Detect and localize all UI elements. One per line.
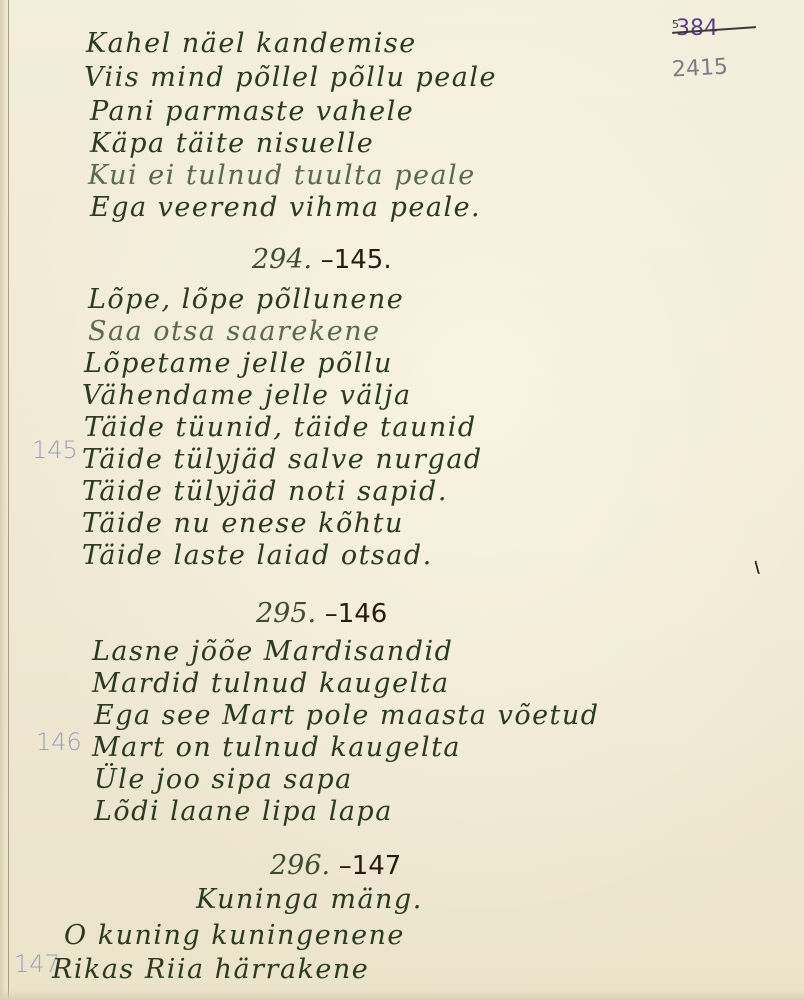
- verse-line: Ega see Mart pole maasta võetud: [94, 700, 600, 731]
- verse-line: Pani parmaste vahele: [90, 96, 414, 127]
- verse-line: O kuning kuningenene: [64, 920, 405, 951]
- archive-page-number: 2415: [671, 55, 728, 83]
- verse-line: Käpa täite nisuelle: [90, 128, 374, 159]
- margin-pencil-number: 145: [32, 436, 78, 464]
- verse-line: Lõpe, lõpe põllunene: [88, 284, 404, 315]
- verse-line: Täide tülyjäd salve nurgad: [82, 444, 483, 475]
- verse-line: Mardid tulnud kaugelta: [92, 668, 450, 699]
- page-bottom-edge: [0, 990, 804, 1000]
- verse-line: Ega veerend vihma peale.: [90, 192, 481, 223]
- song-title: Kuninga mäng.: [196, 884, 423, 915]
- song-alt-number: –146: [325, 599, 388, 629]
- verse-line: Täide nu enese kõhtu: [82, 508, 404, 539]
- stray-ink-mark: [754, 560, 762, 575]
- song-number: 296.: [270, 850, 330, 881]
- margin-pencil-number: 146: [36, 728, 82, 756]
- song-heading: 296. –147: [270, 850, 401, 881]
- verse-line: Täide tüunid, täide taunid: [84, 412, 477, 443]
- song-number: 294.: [252, 244, 312, 275]
- verse-line: Kui ei tulnud tuulta peale: [88, 160, 476, 191]
- verse-line: Lõpetame jelle põllu: [84, 348, 393, 379]
- song-heading: 294. –145.: [252, 244, 392, 275]
- verse-line: Üle joo sipa sapa: [94, 764, 353, 795]
- verse-line: Vähendame jelle välja: [82, 380, 412, 411]
- song-heading: 295. –146: [256, 598, 387, 629]
- verse-line: Rikas Riia härrakene: [52, 954, 369, 985]
- song-alt-number: –147: [339, 851, 402, 881]
- archive-stamp: 384: [676, 16, 718, 41]
- binding-edge: [0, 0, 9, 1000]
- verse-line: Mart on tulnud kaugelta: [92, 732, 461, 763]
- manuscript-page: 5 384 2415 Kahel näel kandemise Viis min…: [0, 0, 804, 1000]
- verse-line: Lõdi laane lipa lapa: [94, 796, 393, 827]
- verse-line: Kahel näel kandemise: [86, 28, 417, 59]
- verse-line: Täide tülyjäd noti sapid.: [82, 476, 448, 507]
- song-number: 295.: [256, 598, 316, 629]
- verse-line: Viis mind põllel põllu peale: [84, 62, 497, 93]
- verse-line: Saa otsa saarekene: [88, 316, 381, 347]
- verse-line: Täide laste laiad otsad.: [82, 540, 433, 571]
- song-alt-number: –145.: [321, 245, 392, 275]
- verse-line: Lasne jõõe Mardisandid: [92, 636, 453, 667]
